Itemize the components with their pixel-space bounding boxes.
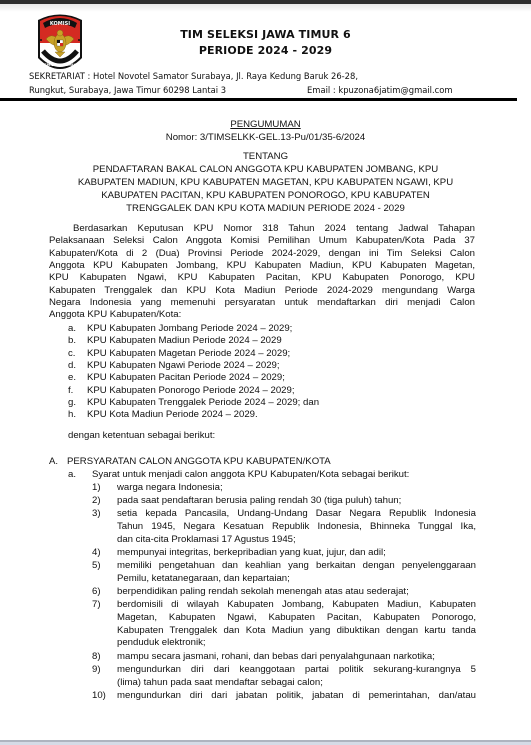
svg-text:PEMILIHAN UMUM: PEMILIHAN UMUM [42, 63, 79, 67]
letterhead-divider [0, 98, 517, 101]
announcement-about-label: TENTANG [0, 151, 531, 162]
svg-text:KOMISI: KOMISI [50, 21, 70, 27]
paragraph-line: Berdasarkan Keputusan KPU Nomor 318 Tahu… [49, 223, 475, 235]
paragraph-line: Anggota KPU Kabupaten Jombang, KPU Kabup… [49, 260, 475, 272]
section-a-marker: A. [49, 456, 58, 467]
paragraph-line: Pelaksanaan Seleksi Calon Anggota Komisi… [49, 235, 475, 247]
announcement-subject-line: TRENGGALEK DAN KPU KOTA MADIUN PERIODE 2… [0, 203, 531, 214]
letterhead-address-line1: SEKRETARIAT : Hotel Novotel Samator Sura… [29, 71, 358, 81]
paragraph-line: KPU Kabupaten Ngawi, KPU Kabupaten Pacit… [49, 272, 475, 284]
announcement-subject-line: KABUPATEN PACITAN, KPU KABUPATEN PONOROG… [0, 190, 531, 201]
paragraph-line: Kabupaten Trenggalek dan KPU Kota Madiun… [49, 285, 475, 297]
section-a-sub-marker: a. [68, 469, 76, 480]
letterhead-title: TIM SELEKSI JAWA TIMUR 6 [0, 28, 531, 41]
announcement-subject-line: KABUPATEN MADIUN, KPU KABUPATEN MAGETAN,… [0, 177, 531, 188]
intro-closing: dengan ketentuan sebagai berikut: [68, 430, 215, 441]
intro-paragraph: Berdasarkan Keputusan KPU Nomor 318 Tahu… [49, 223, 475, 322]
letterhead-email: Email : kpuzona6jatim@gmail.com [307, 85, 453, 95]
announcement-heading: PENGUMUMAN [0, 119, 531, 130]
paragraph-line: Kabupaten/Kota di 2 (Dua) Provinsi Perio… [49, 248, 475, 260]
page-top-shadow [0, 4, 531, 12]
section-a-sub-title: Syarat untuk menjadi calon anggota KPU K… [92, 469, 409, 480]
paragraph-line: Anggota KPU Kabupaten/Kota: [49, 309, 475, 321]
letterhead-period: PERIODE 2024 - 2029 [0, 44, 531, 57]
letterhead-address-line2: Rungkut, Surabaya, Jawa Timur 60298 Lant… [29, 85, 226, 95]
announcement-subject-line: PENDAFTARAN BAKAL CALON ANGGOTA KPU KABU… [0, 164, 531, 175]
paragraph-line: Negara Indonesia yang memenuhi persyarat… [49, 297, 475, 309]
section-a-title: PERSYARATAN CALON ANGGOTA KPU KABUPATEN/… [67, 456, 331, 467]
announcement-number: Nomor: 3/TIMSELKK-GEL.13-Pu/01/35-6/2024 [0, 132, 531, 143]
